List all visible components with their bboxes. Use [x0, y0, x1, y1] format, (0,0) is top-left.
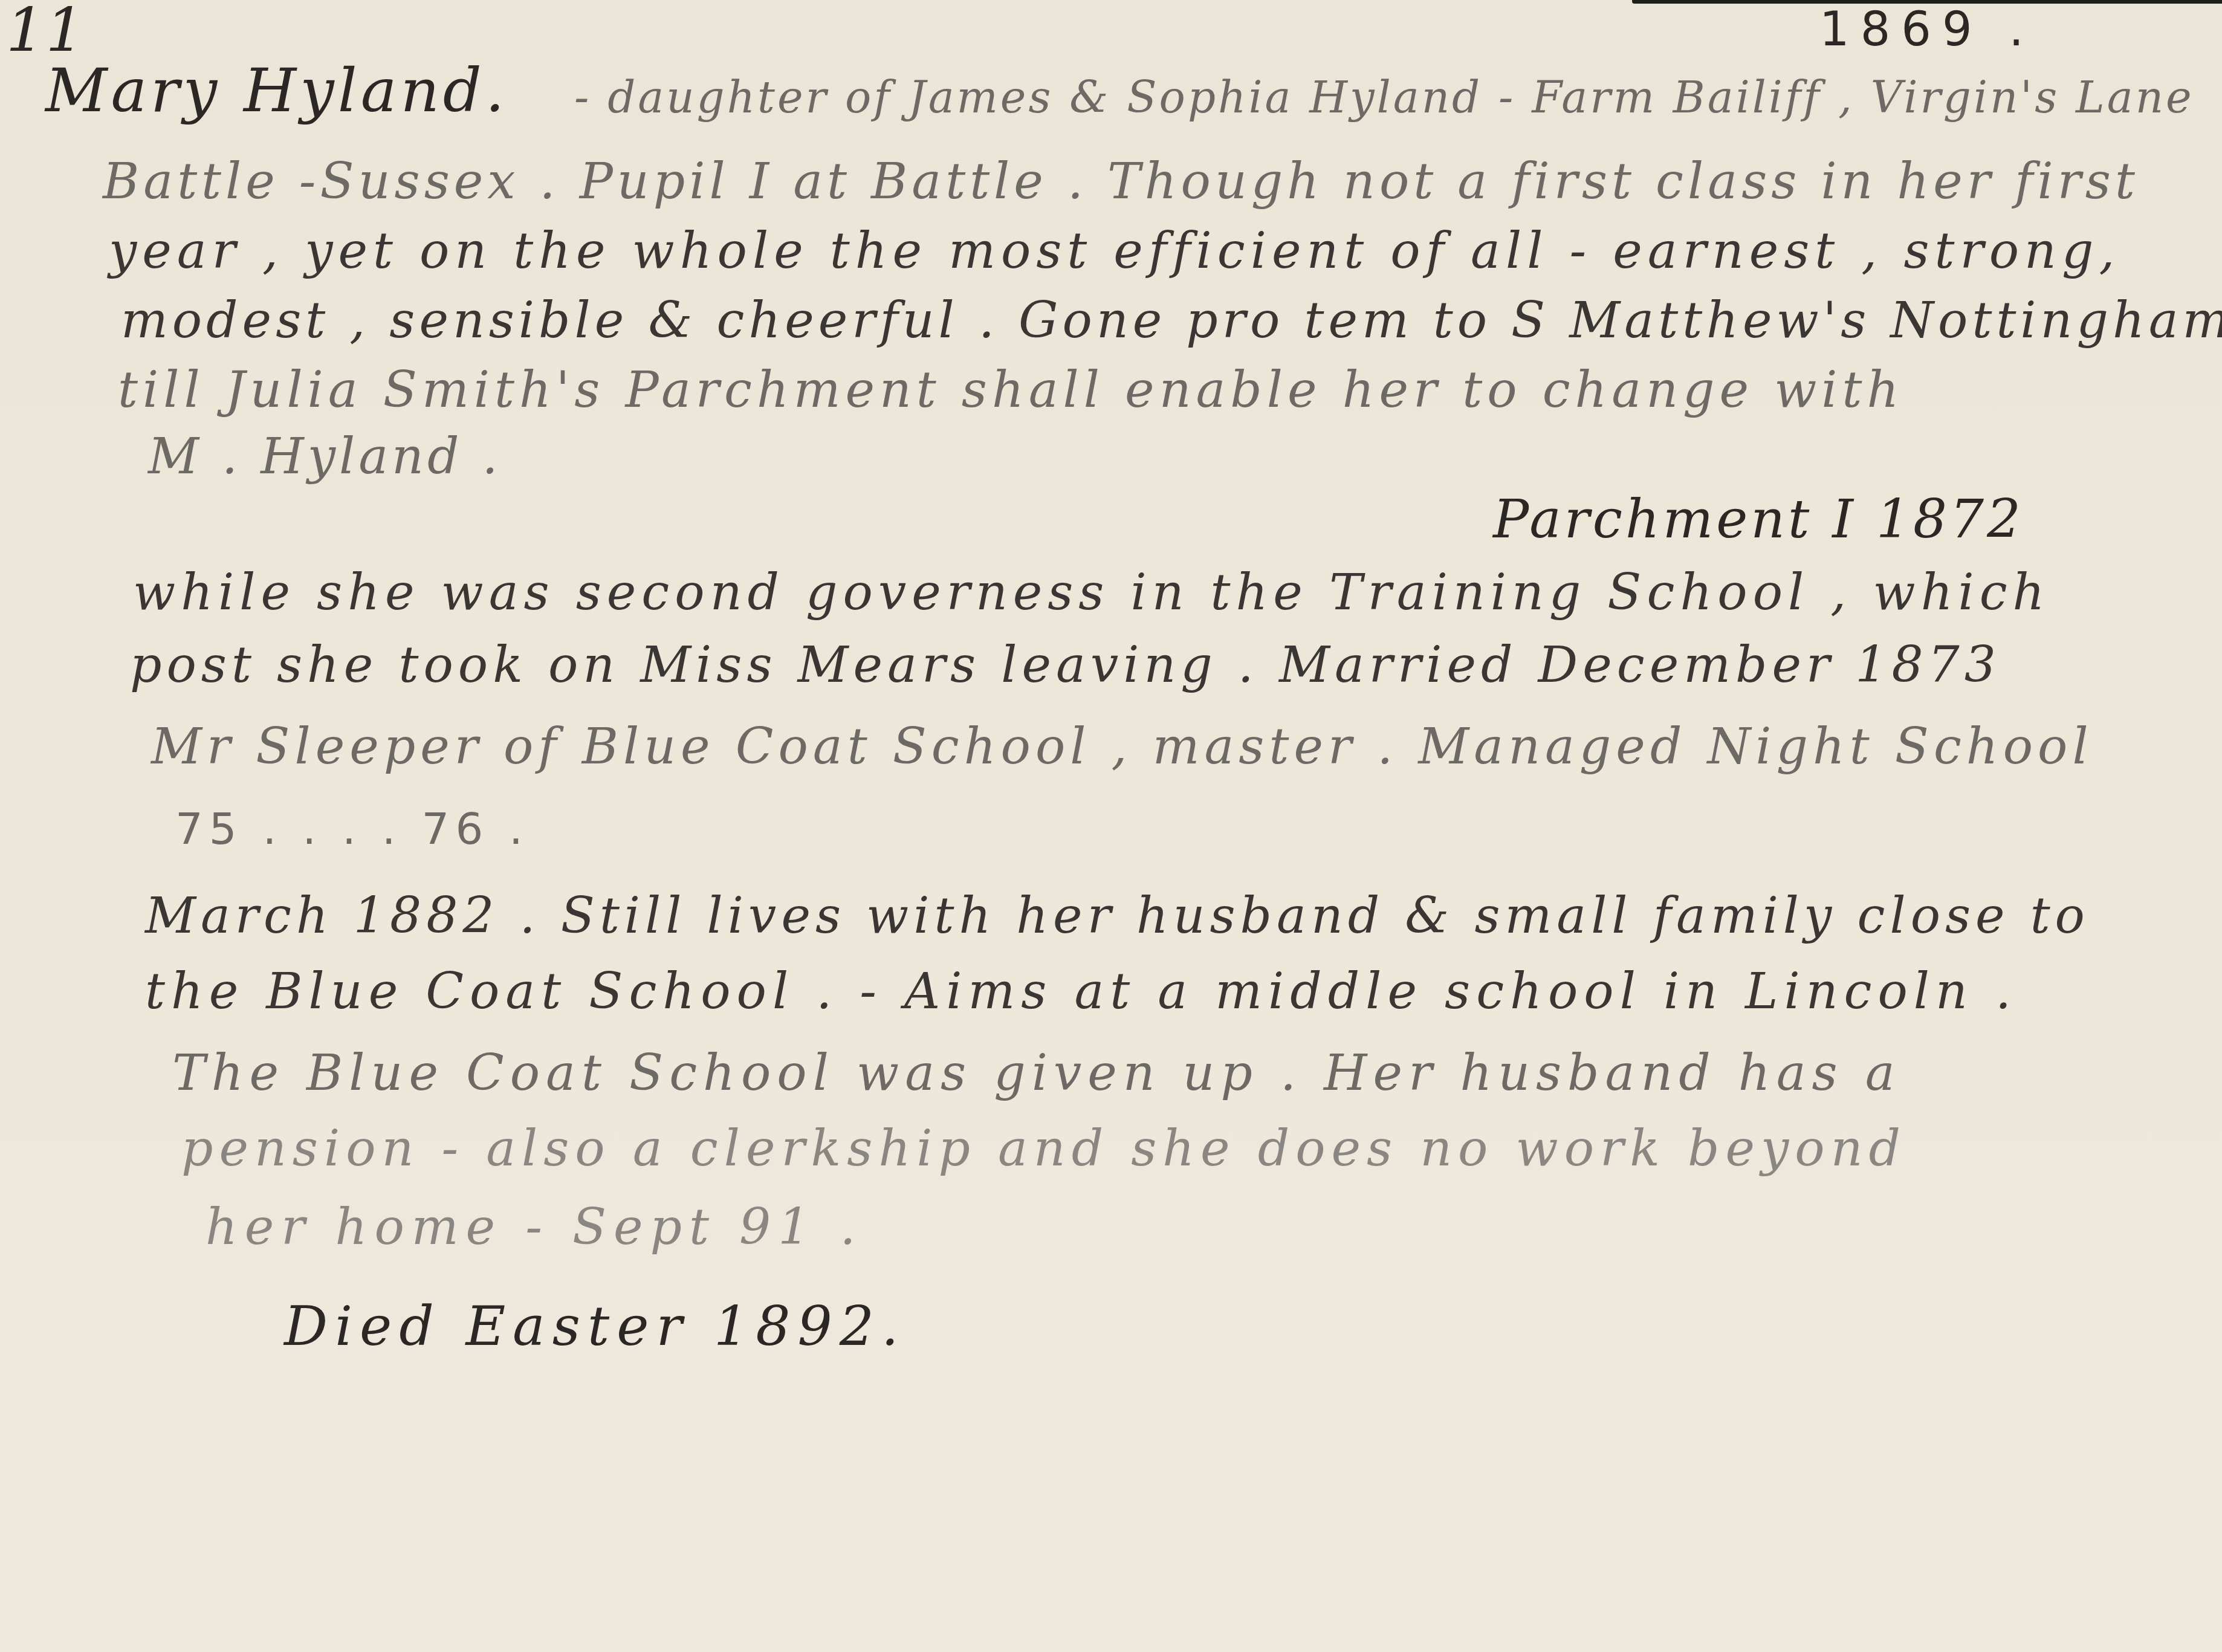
entry-line-9: Mr Sleeper of Blue Coat School , master … [151, 722, 2093, 772]
entry-line-6: M . Hyland . [148, 432, 502, 482]
death-note: Died Easter 1892. [284, 1300, 906, 1354]
page-number: 11 [6, 0, 85, 60]
entry-line-14: pension - also a clerkship and she does … [181, 1124, 1906, 1174]
entry-line-2: Battle -Sussex . Pupil I at Battle . Tho… [103, 157, 2139, 207]
entry-line-10: 75 . . . . 76 . [175, 807, 529, 850]
entry-line-5: till Julia Smith's Parchment shall enabl… [118, 366, 1903, 415]
entry-line-4: modest , sensible & cheerful . Gone pro … [121, 296, 2222, 346]
entry-year: 1869 . [1819, 6, 2035, 53]
entry-line-13: The Blue Coat School was given up . Her … [172, 1049, 1901, 1098]
entry-line-12: the Blue Coat School . - Aims at a middl… [145, 967, 2017, 1017]
entry-line-7: while she was second governess in the Tr… [133, 568, 2050, 618]
entry-line-3: year , yet on the whole the most efficie… [109, 227, 2120, 276]
entry-line-1: - daughter of James & Sophia Hyland - Fa… [574, 76, 2194, 119]
entry-line-15: her home - Sept 91 . [206, 1203, 863, 1252]
entry-line-8: post she took on Miss Mears leaving . Ma… [130, 641, 2001, 690]
parchment-note: Parchment I 1872 [1493, 493, 2024, 546]
entry-line-11: March 1882 . Still lives with her husban… [145, 892, 2090, 941]
entry-name: Mary Hyland. [45, 60, 508, 121]
document-page: 11 1869 . Mary Hyland. - daughter of Jam… [0, 0, 2222, 1652]
